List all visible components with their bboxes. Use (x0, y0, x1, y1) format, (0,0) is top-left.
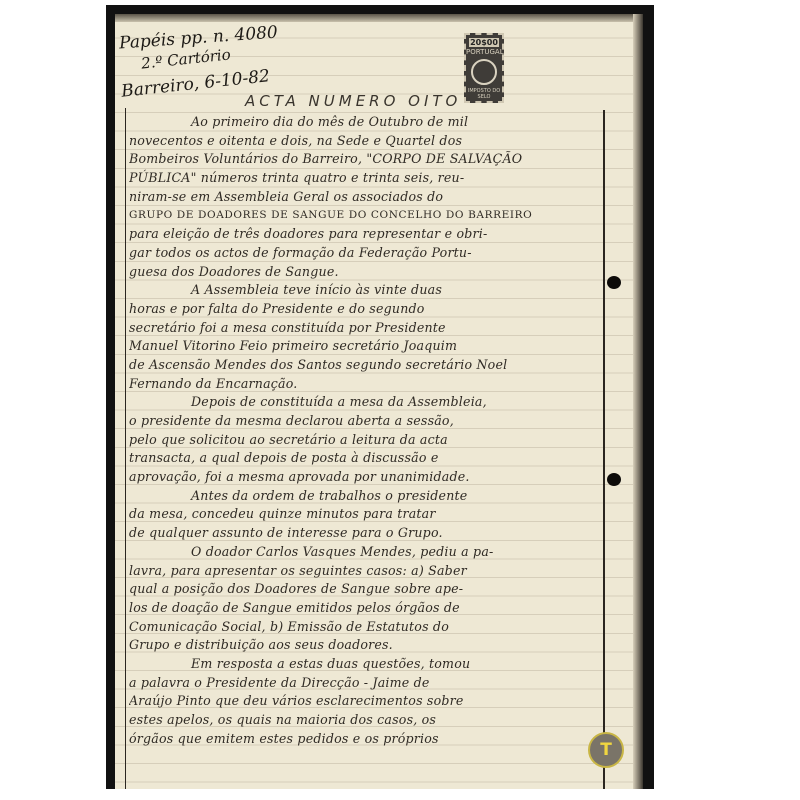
text-line: secretário foi a mesa constituída por Pr… (129, 319, 603, 338)
punch-hole-icon (607, 473, 621, 486)
document-page: Papéis pp. n. 4080 2.º Cartório Barreiro… (115, 14, 643, 789)
handwritten-body: Ao primeiro dia do mês de Outubro de mil… (129, 113, 603, 748)
text-line: Grupo e distribuição aos seus doadores. (129, 636, 603, 655)
text-line: de Ascensão Mendes dos Santos segundo se… (129, 356, 603, 375)
text-line: horas e por falta do Presidente e do seg… (129, 300, 603, 319)
text-line: novecentos e oitenta e dois, na Sede e Q… (129, 132, 603, 151)
text-line: Bombeiros Voluntários do Barreiro, "CORP… (129, 150, 603, 169)
text-line: Manuel Vitorino Feio primeiro secretário… (129, 337, 603, 356)
text-line: guesa dos Doadores de Sangue. (129, 263, 603, 282)
text-line: O doador Carlos Vasques Mendes, pediu a … (129, 543, 603, 562)
punch-hole-icon (607, 276, 621, 289)
text-line: Em resposta a estas duas questões, tomou (129, 655, 603, 674)
text-line: PÚBLICA" números trinta quatro e trinta … (129, 169, 603, 188)
text-line: A Assembleia teve início às vinte duas (129, 281, 603, 300)
text-line: pelo que solicitou ao secretário a leitu… (129, 431, 603, 450)
revenue-stamp: 20$00 PORTUGAL IMPOSTO DO SELO (464, 33, 504, 103)
page-top-edge (115, 14, 643, 22)
text-line: da mesa, concedeu quinze minutos para tr… (129, 505, 603, 524)
text-line: órgãos que emitem estes pedidos e os pró… (129, 730, 603, 749)
text-line: Comunicação Social, b) Emissão de Estatu… (129, 618, 603, 637)
badge-glyph: T (600, 740, 612, 760)
text-line: estes apelos, os quais na maioria dos ca… (129, 711, 603, 730)
right-margin-line (603, 110, 605, 789)
coat-of-arms-icon (471, 59, 497, 85)
stamp-value: 20$00 (469, 38, 499, 47)
text-line: transacta, a qual depois de posta à disc… (129, 449, 603, 468)
text-line: a palavra o Presidente da Direcção - Jai… (129, 674, 603, 693)
text-line: Ao primeiro dia do mês de Outubro de mil (129, 113, 603, 132)
text-line: o presidente da mesma declarou aberta a … (129, 412, 603, 431)
text-line: Araújo Pinto que deu vários esclarecimen… (129, 692, 603, 711)
text-line: para eleição de três doadores para repre… (129, 225, 603, 244)
text-recognition-icon[interactable]: T (588, 732, 624, 768)
document-title: ACTA NUMERO OITO (245, 92, 461, 110)
text-line: Depois de constituída a mesa da Assemble… (129, 393, 603, 412)
text-line: los de doação de Sangue emitidos pelos ó… (129, 599, 603, 618)
text-line: de qualquer assunto de interesse para o … (129, 524, 603, 543)
text-line: aprovação, foi a mesma aprovada por unan… (129, 468, 603, 487)
text-line: Antes da ordem de trabalhos o presidente (129, 487, 603, 506)
text-line: Fernando da Encarnação. (129, 375, 603, 394)
stamp-footer: IMPOSTO DO SELO (466, 88, 502, 100)
text-line: GRUPO DE DOADORES DE SANGUE DO CONCELHO … (129, 206, 603, 225)
page-right-edge (633, 14, 643, 789)
stamp-country: PORTUGAL (466, 48, 502, 56)
text-line: niram-se em Assembleia Geral os associad… (129, 188, 603, 207)
text-line: qual a posição dos Doadores de Sangue so… (129, 580, 603, 599)
text-line: gar todos os actos de formação da Federa… (129, 244, 603, 263)
left-margin-line (125, 108, 126, 789)
text-line: lavra, para apresentar os seguintes caso… (129, 562, 603, 581)
